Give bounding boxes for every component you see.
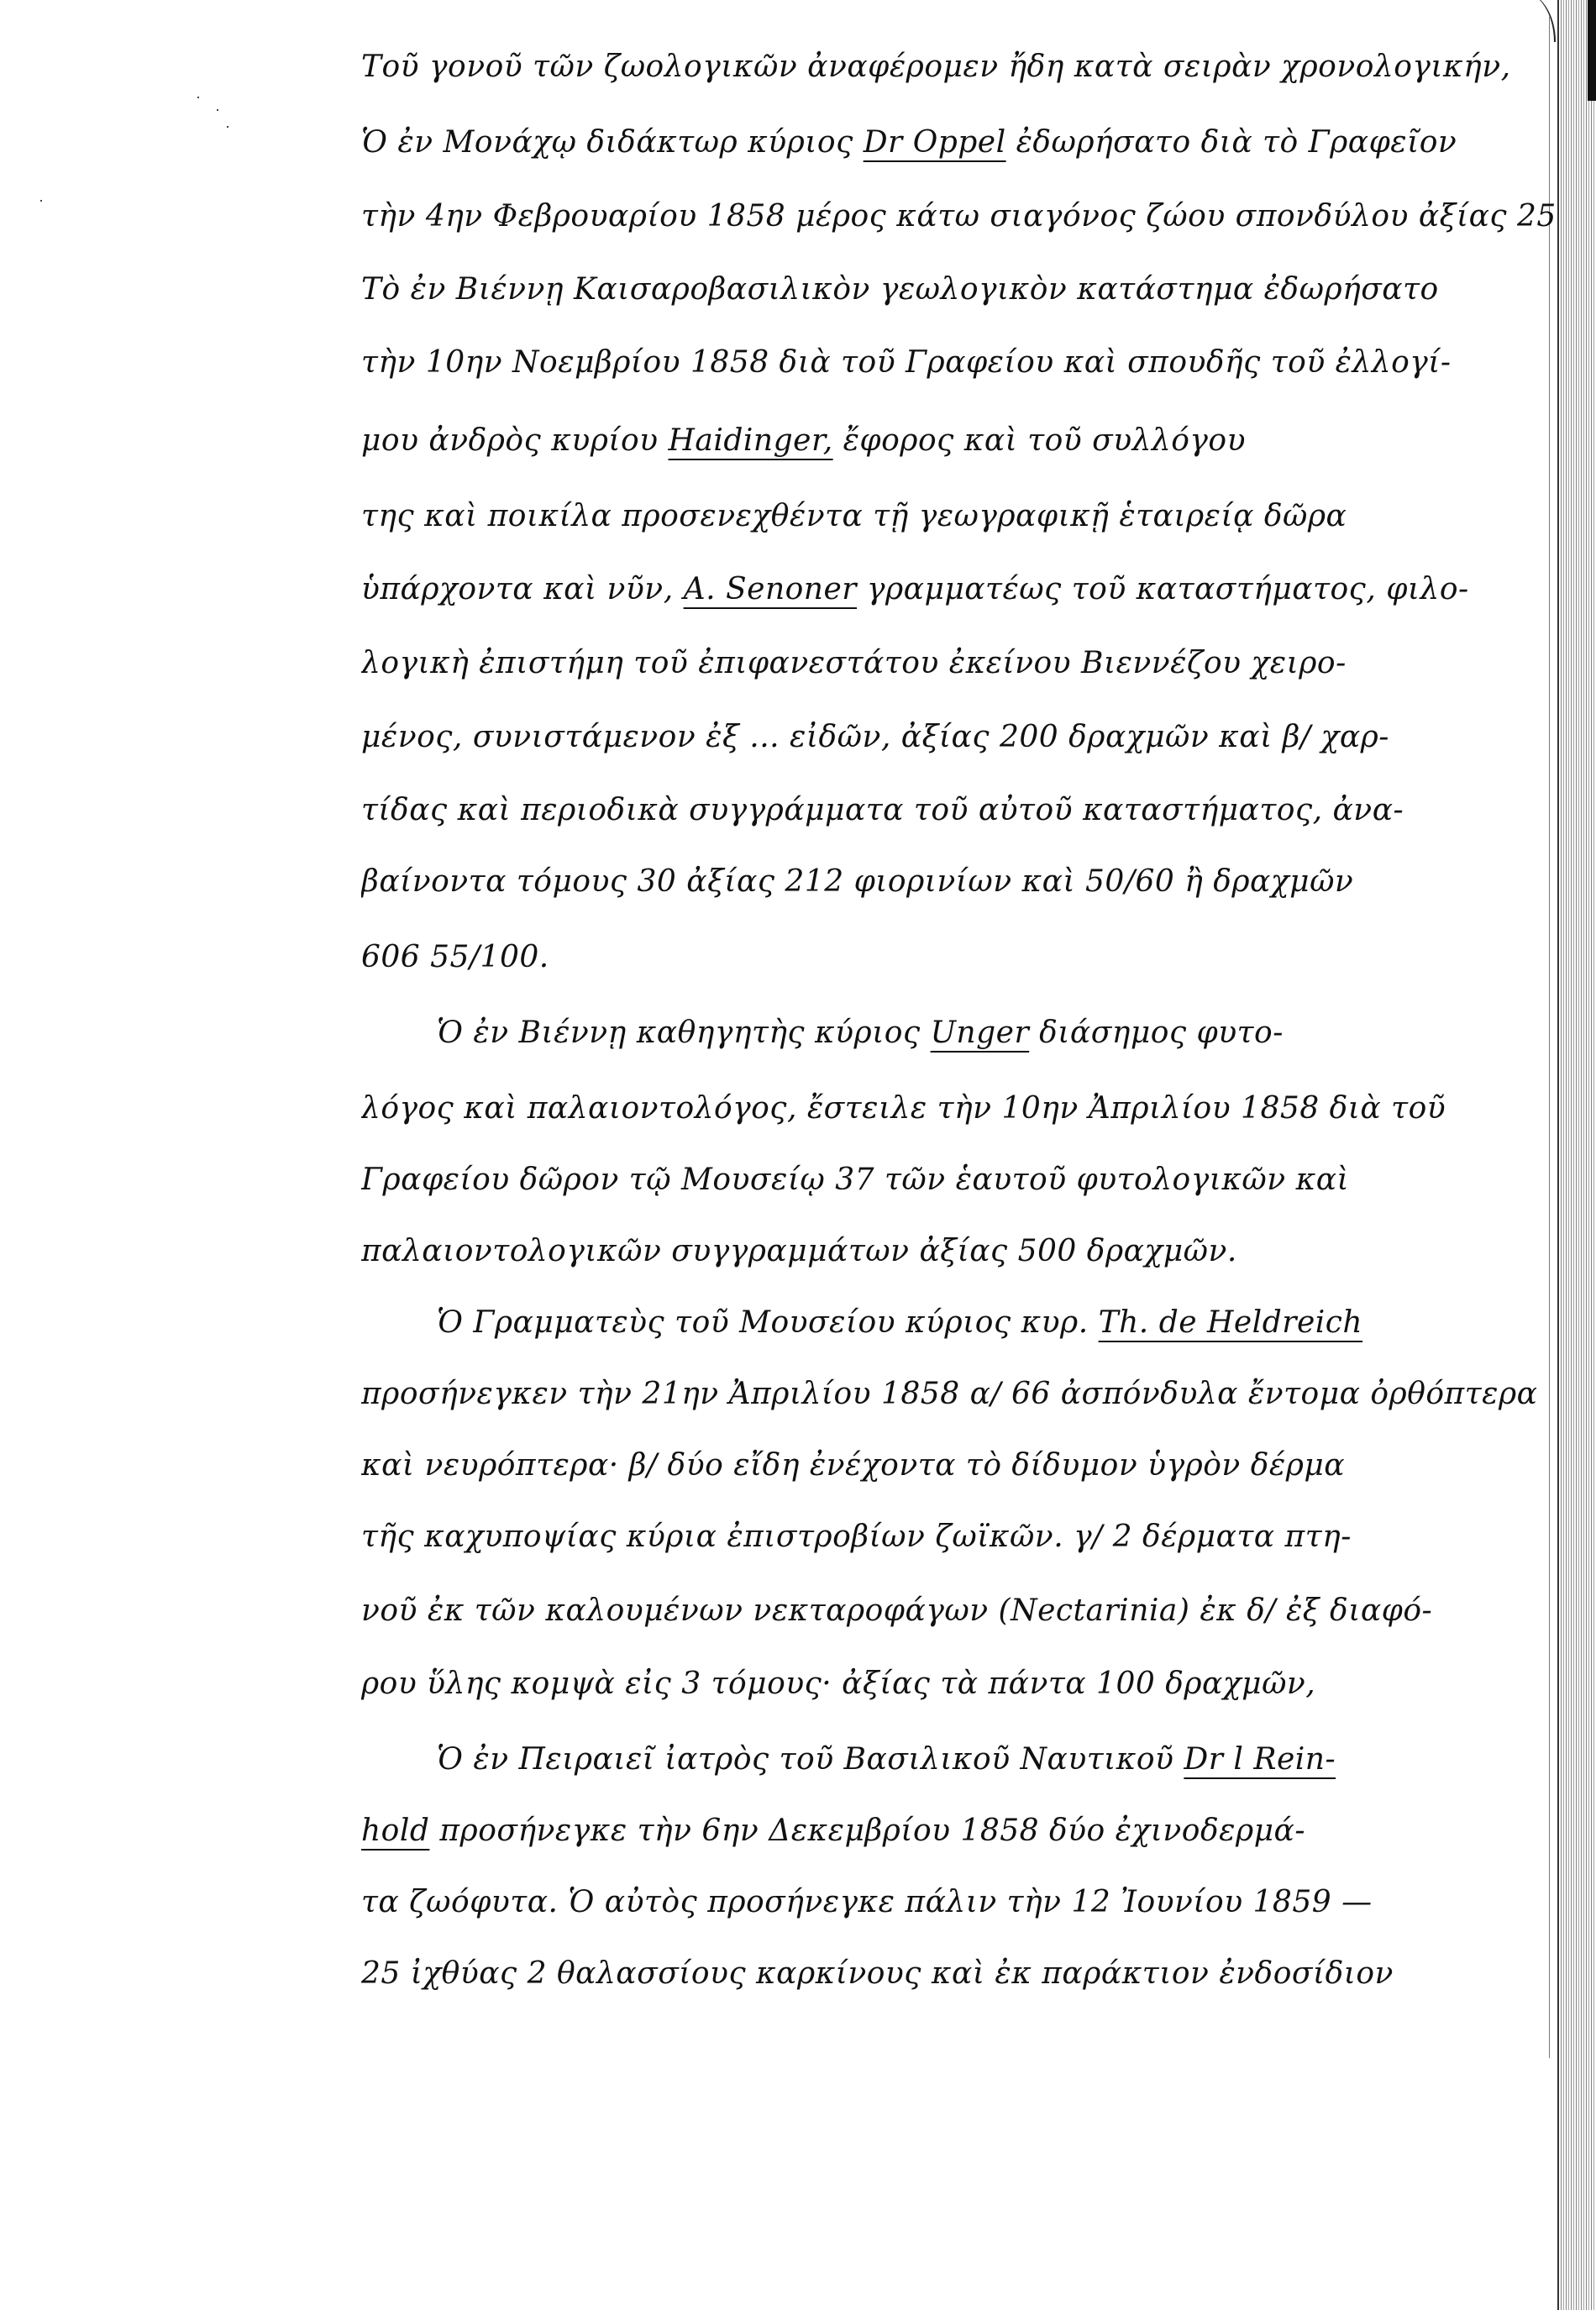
- manuscript-line-19: προσήνεγκεν τὴν 21ην Ἀπριλίου 1858 α/ 66…: [361, 1369, 1554, 1420]
- line-22-prefix: νοῦ ἐκ τῶν καλουμένων νεκταροφάγων (: [361, 1593, 1011, 1628]
- manuscript-line-1: Τοῦ γονοῦ τῶν ζωολογικῶν ἀναφέρομεν ἤδη …: [361, 42, 1554, 92]
- manuscript-line-14: Ὁ ἐν Βιέννῃ καθηγητὴς κύριος Unger διάση…: [437, 1008, 1554, 1058]
- manuscript-line-6: μου ἀνδρὸς κυρίου Haidinger, ἔφορος καὶ …: [361, 416, 1554, 466]
- amount-606-55: 606 55/100.: [361, 932, 613, 983]
- line-22-suffix: ) ἐκ δ/ ἐξ διαφό-: [1178, 1593, 1432, 1628]
- line-6-prefix: μου ἀνδρὸς κυρίου: [361, 423, 668, 458]
- manuscript-line-21: τῆς καχυποψίας κύρια ἐπιστροβίων ζωϊκῶν.…: [361, 1512, 1554, 1562]
- manuscript-line-17: παλαιοντολογικῶν συγγραμμάτων ἀξίας 500 …: [361, 1226, 1554, 1277]
- line-25-suffix: προσήνεγκε τὴν 6ην Δεκεμβρίου 1858 δύο ἐ…: [429, 1814, 1305, 1848]
- manuscript-line-8: ὑπάρχοντα καὶ νῦν, A. Senoner γραμματέως…: [361, 564, 1554, 615]
- line-2-suffix: ἐδωρήσατο διὰ τὸ Γραφεῖον: [1006, 125, 1457, 160]
- handwritten-text-block: Τοῦ γονοῦ τῶν ζωολογικῶν ἀναφέρομεν ἤδη …: [0, 0, 1596, 2310]
- manuscript-line-10: μένος, συνιστάμενον ἐξ ... εἰδῶν, ἀξίας …: [361, 712, 1554, 763]
- line-18-prefix: Ὁ Γραμματεὺς τοῦ Μουσείου κύριος κυρ.: [437, 1305, 1099, 1340]
- manuscript-line-23: ρου ὕλης κομψὰ εἰς 3 τόμους· ἀξίας τὰ πά…: [361, 1659, 1554, 1709]
- name-unger: Unger: [931, 1016, 1030, 1050]
- manuscript-line-5: τὴν 10ην Νοεμβρίου 1858 διὰ τοῦ Γραφείου…: [361, 338, 1554, 388]
- manuscript-line-7: της καὶ ποικίλα προσενεχθέντα τῇ γεωγραφ…: [361, 491, 1554, 542]
- manuscript-line-20: καὶ νευρόπτερα· β/ δύο εἴδη ἐνέχοντα τὸ …: [361, 1441, 1554, 1491]
- manuscript-line-12: βαίνοντα τόμους 30 ἀξίας 212 φιορινίων κ…: [361, 857, 1554, 907]
- line-24-prefix: Ὁ ἐν Πειραιεῖ ἰατρὸς τοῦ Βασιλικοῦ Ναυτι…: [437, 1742, 1184, 1777]
- manuscript-line-27: 25 ἰχθύας 2 θαλασσίους καρκίνους καὶ ἐκ …: [361, 1949, 1554, 1999]
- name-dr-reinhold-part1: Dr l Rein-: [1184, 1742, 1336, 1777]
- name-a-senoner: A. Senoner: [684, 572, 857, 606]
- manuscript-line-16: Γραφείου δῶρον τῷ Μουσείῳ 37 τῶν ἑαυτοῦ …: [361, 1155, 1554, 1205]
- line-14-suffix: διάσημος φυτο-: [1029, 1016, 1284, 1050]
- manuscript-line-2: Ὁ ἐν Μονάχῳ διδάκτωρ κύριος Dr Oppel ἐδω…: [361, 118, 1554, 168]
- line-8-suffix: γραμματέως τοῦ καταστήματος, φιλο-: [857, 572, 1469, 606]
- manuscript-line-3: τὴν 4ην Φεβρουαρίου 1858 μέρος κάτω σιαγ…: [361, 192, 1554, 242]
- line-14-prefix: Ὁ ἐν Βιέννῃ καθηγητὴς κύριος: [437, 1016, 931, 1050]
- manuscript-line-11: τίδας καὶ περιοδικὰ συγγράμματα τοῦ αὐτο…: [361, 785, 1554, 836]
- name-th-de-heldreich: Th. de Heldreich: [1099, 1305, 1363, 1340]
- manuscript-line-15: λόγος καὶ παλαιοντολόγος, ἔστειλε τὴν 10…: [361, 1084, 1554, 1134]
- line-2-prefix: Ὁ ἐν Μονάχῳ διδάκτωρ κύριος: [361, 125, 864, 160]
- name-dr-oppel: Dr Oppel: [864, 125, 1006, 160]
- name-dr-reinhold-part2: hold: [361, 1814, 429, 1848]
- line-8-prefix: ὑπάρχοντα καὶ νῦν,: [361, 572, 684, 606]
- manuscript-line-4: Τὸ ἐν Βιέννῃ Καισαροβασιλικὸν γεωλογικὸν…: [361, 265, 1554, 315]
- manuscript-line-18: Ὁ Γραμματεὺς τοῦ Μουσείου κύριος κυρ. Th…: [437, 1298, 1554, 1348]
- manuscript-line-24: Ὁ ἐν Πειραιεῖ ἰατρὸς τοῦ Βασιλικοῦ Ναυτι…: [437, 1735, 1554, 1785]
- line-6-suffix: ἔφορος καὶ τοῦ συλλόγου: [833, 423, 1246, 458]
- name-nectarinia: Nectarinia: [1011, 1593, 1178, 1628]
- manuscript-line-25: hold προσήνεγκε τὴν 6ην Δεκεμβρίου 1858 …: [361, 1806, 1554, 1856]
- manuscript-line-26: τα ζωόφυτα. Ὁ αὐτὸς προσήνεγκε πάλιν τὴν…: [361, 1877, 1554, 1928]
- manuscript-line-22: νοῦ ἐκ τῶν καλουμένων νεκταροφάγων (Nect…: [361, 1586, 1554, 1636]
- manuscript-line-9: λογικὴ ἐπιστήμη τοῦ ἐπιφανεστάτου ἐκείνο…: [361, 638, 1554, 689]
- manuscript-page: Τοῦ γονοῦ τῶν ζωολογικῶν ἀναφέρομεν ἤδη …: [0, 0, 1596, 2310]
- name-haidinger: Haidinger,: [668, 423, 832, 458]
